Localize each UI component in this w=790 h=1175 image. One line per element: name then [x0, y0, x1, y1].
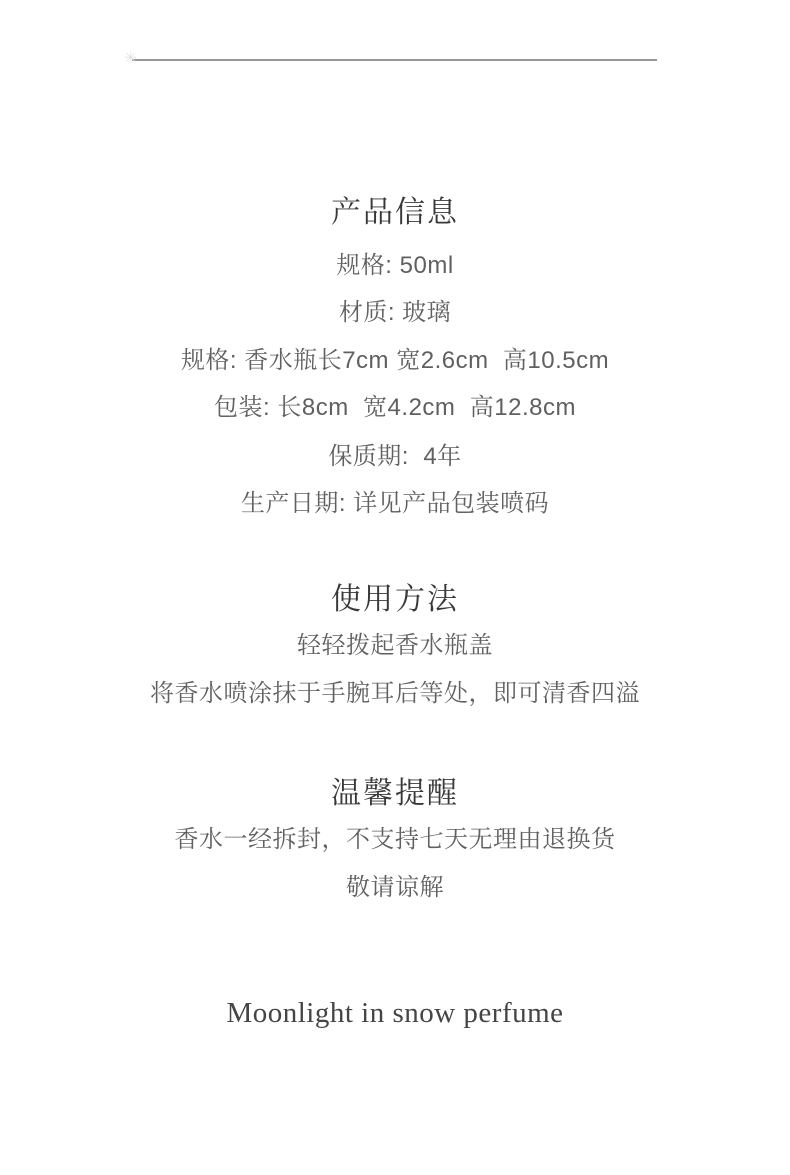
divider-line: [132, 59, 657, 61]
package-dimensions-line: 包装: 长8cm 宽4.2cm 高12.8cm: [0, 396, 790, 420]
section-title-reminder: 温馨提醒: [0, 779, 790, 809]
production-date-line: 生产日期: 详见产品包装喷码: [0, 492, 790, 516]
spec-volume-line: 规格: 50ml: [0, 254, 790, 278]
sparkle-icon: ✳: [124, 51, 137, 67]
product-detail-page: ✳ 产品信息 规格: 50ml 材质: 玻璃 规格: 香水瓶长7cm 宽2.6c…: [0, 0, 790, 1175]
usage-detail-line: 将香水喷涂抹于手腕耳后等处，即可清香四溢: [0, 682, 790, 706]
top-divider: ✳: [132, 59, 657, 61]
section-title-product-info: 产品信息: [0, 198, 790, 228]
section-title-usage: 使用方法: [0, 585, 790, 615]
brand-name: Moonlight in snow perfume: [0, 998, 790, 1030]
shelf-life-line: 保质期: 4年: [0, 445, 790, 469]
bottle-dimensions-line: 规格: 香水瓶长7cm 宽2.6cm 高10.5cm: [0, 349, 790, 373]
return-policy-line: 香水一经拆封，不支持七天无理由退换货: [0, 828, 790, 852]
usage-step-line: 轻轻拨起香水瓶盖: [0, 634, 790, 658]
understanding-line: 敬请谅解: [0, 876, 790, 900]
material-line: 材质: 玻璃: [0, 301, 790, 325]
